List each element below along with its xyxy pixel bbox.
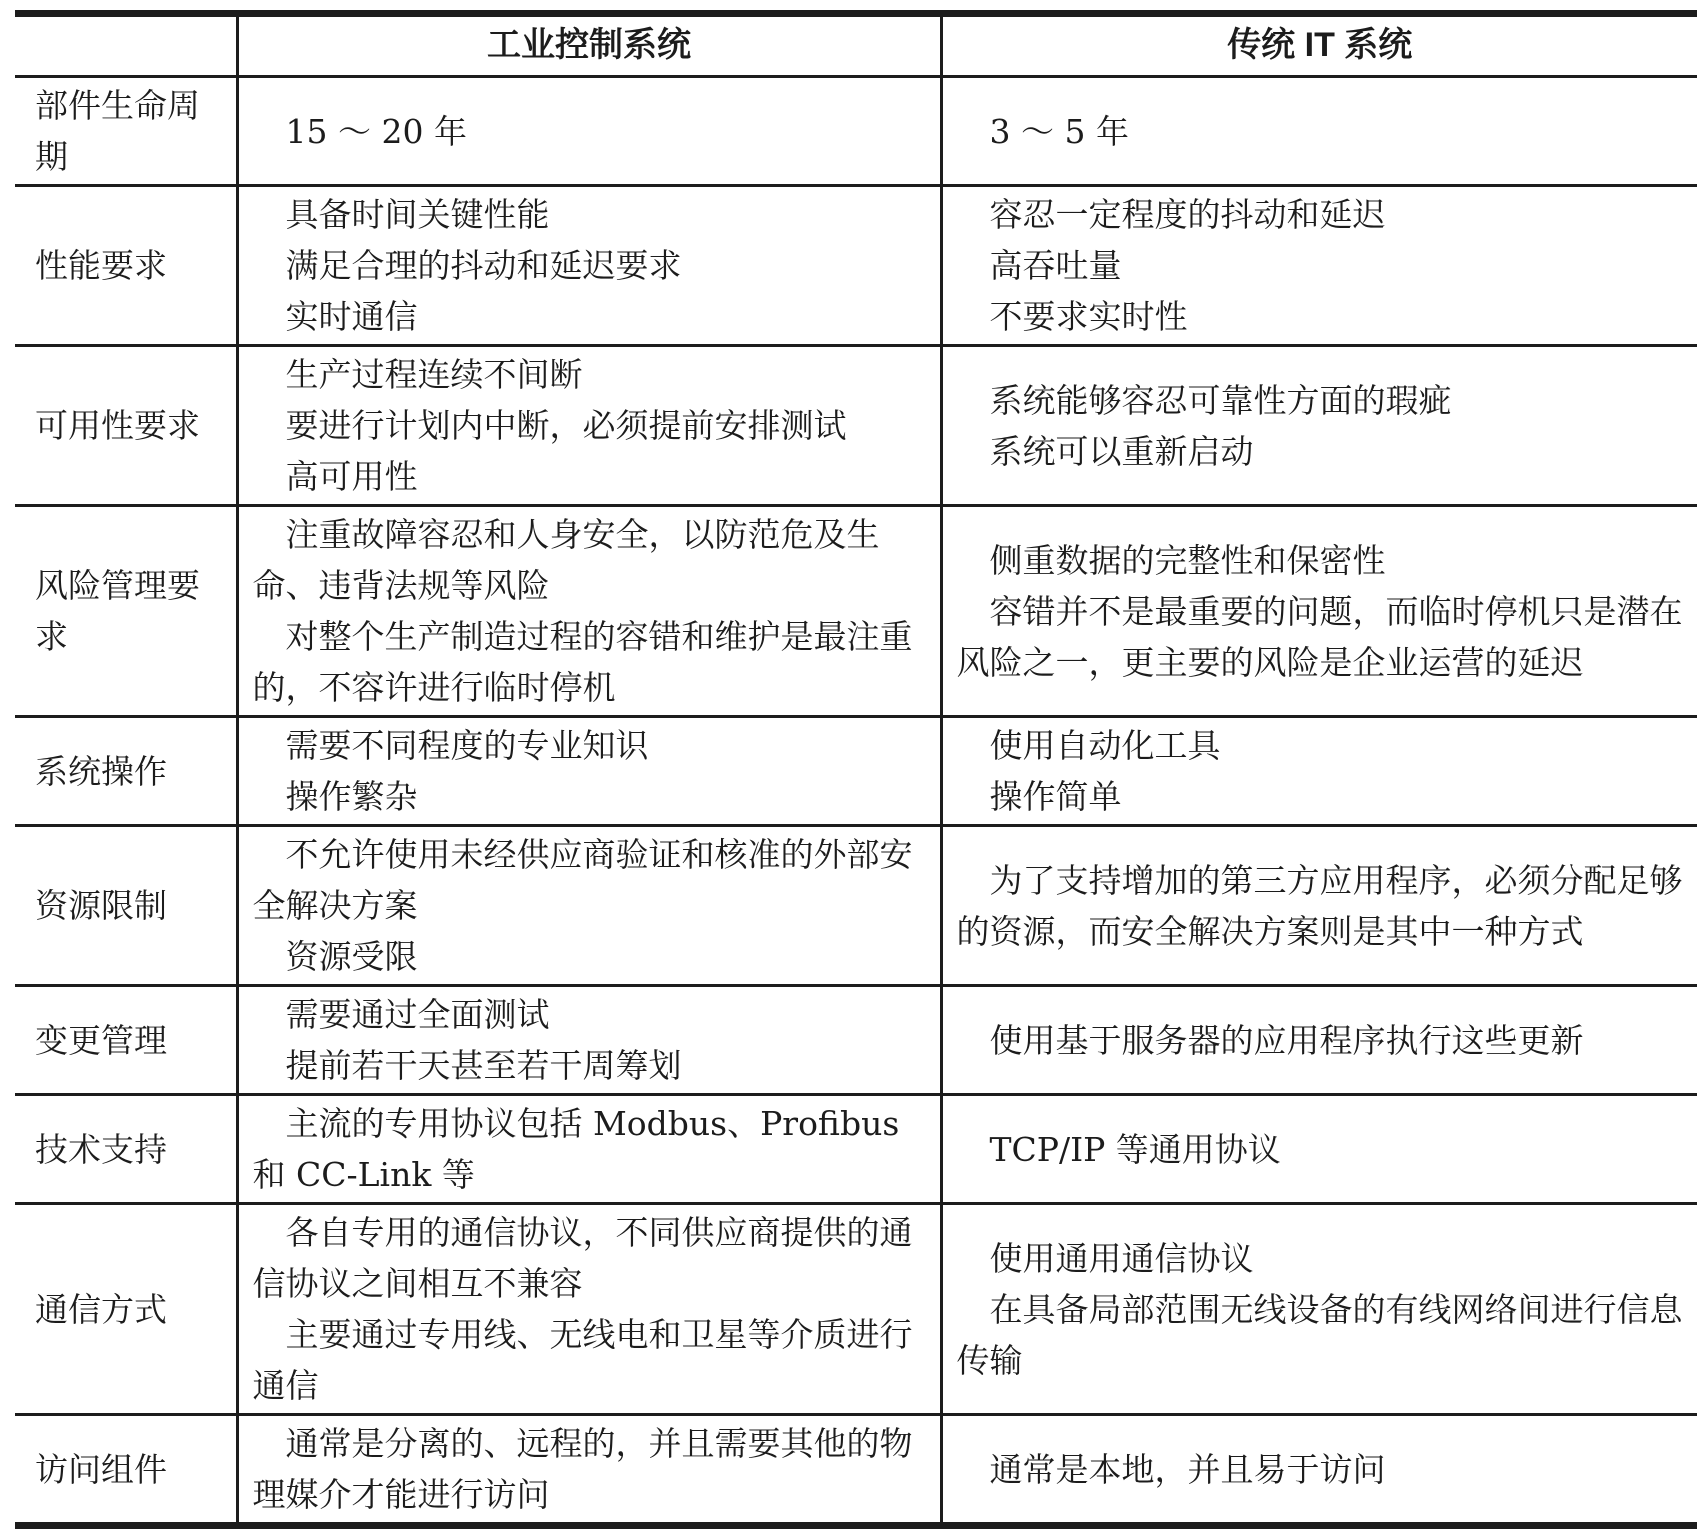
cell-paragraph: 实时通信 (253, 291, 926, 342)
ics-cell: 具备时间关键性能满足合理的抖动和延迟要求实时通信 (237, 186, 941, 346)
table-row: 系统操作需要不同程度的专业知识操作繁杂使用自动化工具操作简单 (15, 717, 1697, 826)
comparison-table: 工业控制系统 传统 IT 系统 部件生命周期15 ～ 20 年3 ～ 5 年性能… (15, 10, 1697, 1529)
cell-paragraph: 通常是分离的、远程的，并且需要其他的物理媒介才能进行访问 (253, 1418, 926, 1520)
cell-paragraph: 注重故障容忍和人身安全，以防范危及生命、违背法规等风险 (253, 509, 926, 611)
ics-cell: 不允许使用未经供应商验证和核准的外部安全解决方案资源受限 (237, 826, 941, 986)
cell-paragraph: 高可用性 (253, 451, 926, 502)
row-label-cell: 资源限制 (15, 826, 237, 986)
row-label-cell: 变更管理 (15, 986, 237, 1095)
cell-paragraph: 要进行计划内中断，必须提前安排测试 (253, 400, 926, 451)
comparison-table-body: 部件生命周期15 ～ 20 年3 ～ 5 年性能要求具备时间关键性能满足合理的抖… (15, 77, 1697, 1526)
ics-cell: 需要不同程度的专业知识操作繁杂 (237, 717, 941, 826)
cell-paragraph: 3 ～ 5 年 (957, 106, 1684, 157)
cell-paragraph: 高吞吐量 (957, 240, 1684, 291)
row-label-cell: 访问组件 (15, 1415, 237, 1526)
cell-paragraph: 操作繁杂 (253, 771, 926, 822)
row-label-cell: 风险管理要求 (15, 506, 237, 717)
row-label: 技术支持 (35, 1124, 230, 1175)
it-cell: TCP/IP 等通用协议 (941, 1095, 1697, 1204)
row-label-cell: 技术支持 (15, 1095, 237, 1204)
cell-paragraph: 系统能够容忍可靠性方面的瑕疵 (957, 375, 1684, 426)
row-label-cell: 通信方式 (15, 1204, 237, 1415)
cell-paragraph: 通常是本地，并且易于访问 (957, 1444, 1684, 1495)
cell-paragraph: 15 ～ 20 年 (253, 106, 926, 157)
table-header-row: 工业控制系统 传统 IT 系统 (15, 14, 1697, 77)
cell-paragraph: 侧重数据的完整性和保密性 (957, 535, 1684, 586)
row-label: 资源限制 (35, 880, 230, 931)
ics-cell: 15 ～ 20 年 (237, 77, 941, 186)
ics-cell: 需要通过全面测试提前若干天甚至若干周筹划 (237, 986, 941, 1095)
cell-paragraph: 系统可以重新启动 (957, 426, 1684, 477)
row-label: 风险管理要求 (35, 560, 230, 662)
row-label: 性能要求 (35, 240, 230, 291)
cell-paragraph: 生产过程连续不间断 (253, 349, 926, 400)
table-row: 可用性要求生产过程连续不间断要进行计划内中断，必须提前安排测试高可用性系统能够容… (15, 346, 1697, 506)
it-cell: 3 ～ 5 年 (941, 77, 1697, 186)
table-row: 访问组件通常是分离的、远程的，并且需要其他的物理媒介才能进行访问通常是本地，并且… (15, 1415, 1697, 1526)
table-row: 风险管理要求注重故障容忍和人身安全，以防范危及生命、违背法规等风险对整个生产制造… (15, 506, 1697, 717)
ics-cell: 各自专用的通信协议，不同供应商提供的通信协议之间相互不兼容主要通过专用线、无线电… (237, 1204, 941, 1415)
cell-paragraph: 使用自动化工具 (957, 720, 1684, 771)
row-label: 系统操作 (35, 746, 230, 797)
cell-paragraph: 在具备局部范围无线设备的有线网络间进行信息传输 (957, 1284, 1684, 1386)
cell-paragraph: 提前若干天甚至若干周筹划 (253, 1040, 926, 1091)
ics-cell: 生产过程连续不间断要进行计划内中断，必须提前安排测试高可用性 (237, 346, 941, 506)
table-row: 通信方式各自专用的通信协议，不同供应商提供的通信协议之间相互不兼容主要通过专用线… (15, 1204, 1697, 1415)
row-label: 通信方式 (35, 1284, 230, 1335)
ics-cell: 通常是分离的、远程的，并且需要其他的物理媒介才能进行访问 (237, 1415, 941, 1526)
cell-paragraph: 满足合理的抖动和延迟要求 (253, 240, 926, 291)
table-row: 变更管理需要通过全面测试提前若干天甚至若干周筹划使用基于服务器的应用程序执行这些… (15, 986, 1697, 1095)
cell-paragraph: 对整个生产制造过程的容错和维护是最注重的，不容许进行临时停机 (253, 611, 926, 713)
cell-paragraph: 具备时间关键性能 (253, 189, 926, 240)
header-ics-title: 工业控制系统 (237, 14, 941, 77)
it-cell: 容忍一定程度的抖动和延迟高吞吐量不要求实时性 (941, 186, 1697, 346)
ics-cell: 主流的专用协议包括 Modbus、Profibus 和 CC-Link 等 (237, 1095, 941, 1204)
row-label-cell: 部件生命周期 (15, 77, 237, 186)
row-label: 可用性要求 (35, 400, 230, 451)
cell-paragraph: 需要通过全面测试 (253, 989, 926, 1040)
it-cell: 使用通用通信协议在具备局部范围无线设备的有线网络间进行信息传输 (941, 1204, 1697, 1415)
it-cell: 通常是本地，并且易于访问 (941, 1415, 1697, 1526)
row-label-cell: 系统操作 (15, 717, 237, 826)
cell-paragraph: 使用通用通信协议 (957, 1233, 1684, 1284)
table-row: 部件生命周期15 ～ 20 年3 ～ 5 年 (15, 77, 1697, 186)
it-cell: 系统能够容忍可靠性方面的瑕疵系统可以重新启动 (941, 346, 1697, 506)
ics-cell: 注重故障容忍和人身安全，以防范危及生命、违背法规等风险对整个生产制造过程的容错和… (237, 506, 941, 717)
cell-paragraph: 需要不同程度的专业知识 (253, 720, 926, 771)
table-row: 资源限制不允许使用未经供应商验证和核准的外部安全解决方案资源受限为了支持增加的第… (15, 826, 1697, 986)
it-cell: 侧重数据的完整性和保密性容错并不是最重要的问题，而临时停机只是潜在风险之一，更主… (941, 506, 1697, 717)
header-it-title: 传统 IT 系统 (941, 14, 1697, 77)
table-row: 技术支持主流的专用协议包括 Modbus、Profibus 和 CC-Link … (15, 1095, 1697, 1204)
cell-paragraph: 主流的专用协议包括 Modbus、Profibus 和 CC-Link 等 (253, 1098, 926, 1200)
document-page: 工业控制系统 传统 IT 系统 部件生命周期15 ～ 20 年3 ～ 5 年性能… (0, 0, 1706, 1451)
cell-paragraph: 主要通过专用线、无线电和卫星等介质进行通信 (253, 1309, 926, 1411)
row-label-cell: 性能要求 (15, 186, 237, 346)
row-label: 变更管理 (35, 1015, 230, 1066)
it-cell: 使用自动化工具操作简单 (941, 717, 1697, 826)
cell-paragraph: TCP/IP 等通用协议 (957, 1124, 1684, 1175)
cell-paragraph: 容错并不是最重要的问题，而临时停机只是潜在风险之一，更主要的风险是企业运营的延迟 (957, 586, 1684, 688)
cell-paragraph: 各自专用的通信协议，不同供应商提供的通信协议之间相互不兼容 (253, 1207, 926, 1309)
table-row: 性能要求具备时间关键性能满足合理的抖动和延迟要求实时通信容忍一定程度的抖动和延迟… (15, 186, 1697, 346)
it-cell: 为了支持增加的第三方应用程序，必须分配足够的资源，而安全解决方案则是其中一种方式 (941, 826, 1697, 986)
header-blank-cell (15, 14, 237, 77)
cell-paragraph: 不要求实时性 (957, 291, 1684, 342)
cell-paragraph: 使用基于服务器的应用程序执行这些更新 (957, 1015, 1684, 1066)
cell-paragraph: 操作简单 (957, 771, 1684, 822)
cell-paragraph: 容忍一定程度的抖动和延迟 (957, 189, 1684, 240)
it-cell: 使用基于服务器的应用程序执行这些更新 (941, 986, 1697, 1095)
cell-paragraph: 不允许使用未经供应商验证和核准的外部安全解决方案 (253, 829, 926, 931)
row-label-cell: 可用性要求 (15, 346, 237, 506)
cell-paragraph: 资源受限 (253, 931, 926, 982)
row-label: 部件生命周期 (35, 80, 230, 182)
cell-paragraph: 为了支持增加的第三方应用程序，必须分配足够的资源，而安全解决方案则是其中一种方式 (957, 855, 1684, 957)
row-label: 访问组件 (35, 1444, 230, 1495)
